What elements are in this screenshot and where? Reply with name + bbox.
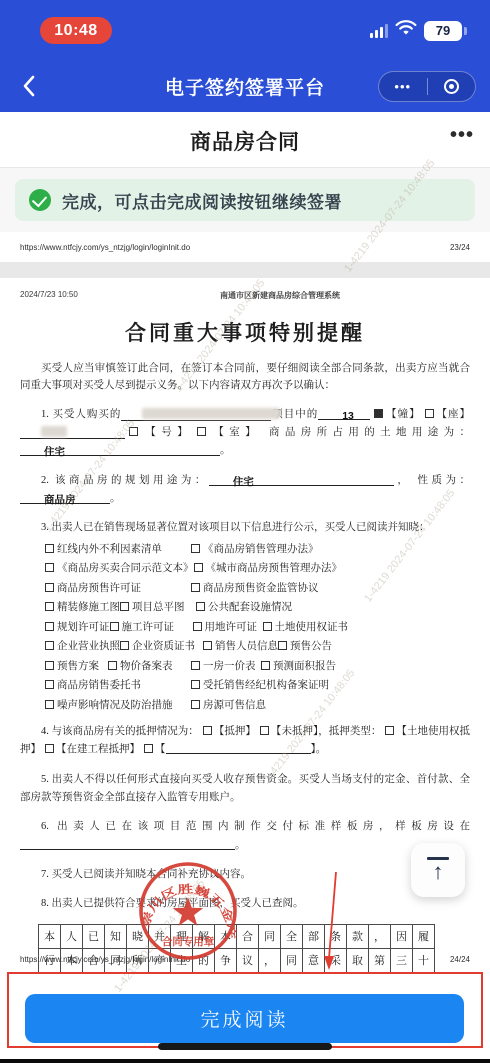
clause4-text: ，抵押类型： xyxy=(318,726,381,737)
clause1-text: 商品房所占用的土地用途为： xyxy=(269,427,470,438)
disclosure-label: 《商品房买卖合同示范文本》 xyxy=(57,560,194,575)
ellipsis-menu-icon[interactable]: ••• xyxy=(450,124,474,147)
blank-project-name xyxy=(121,408,271,421)
contract-heading: 合同重大事项特别提醒 xyxy=(20,317,470,347)
nature-value: 商品房 xyxy=(41,494,79,506)
disclosure-item: 预售方案 xyxy=(45,658,108,673)
status-icons: 79 xyxy=(370,20,462,41)
disclosure-label: 预测面积报告 xyxy=(273,658,336,673)
option-dong: 【幢】 xyxy=(385,409,420,420)
clause-4: 4. 与该商品房有关的抵押情况为：【抵押】【未抵押】，抵押类型：【土地使用权抵押… xyxy=(20,723,470,760)
clause2-text: 。 xyxy=(110,493,121,504)
nav-bar: 电子签约签署平台 ••• xyxy=(0,60,490,112)
disclosure-item: 公共配套设施情况 xyxy=(196,599,292,614)
clause3-title: 3. 出卖人已在销售现场显著位置对该项目以下信息进行公示，买受人已阅读并知晓： xyxy=(41,522,430,533)
checkbox-icon xyxy=(129,427,138,436)
disclosure-item: 项目总平图 xyxy=(120,599,196,614)
status-bar: 10:48 79 xyxy=(0,0,490,60)
checkbox-row: 企业营业执照企业资质证书销售人员信息预售公告 xyxy=(45,638,470,653)
building-number: 13 xyxy=(339,410,357,422)
clause2-text: ， 性质为： xyxy=(394,475,470,486)
checkbox-icon xyxy=(191,544,200,553)
clause-8: 8. 出卖人已提供符合要求的房屋平面图，买受人已查阅。 xyxy=(20,895,470,913)
blank-nature: 商品房 xyxy=(20,491,110,504)
success-toast: 完成，可点击完成阅读按钮继续签署 xyxy=(15,179,475,221)
system-name: 南通市区新建商品房综合管理系统 xyxy=(150,290,410,301)
disclosure-label: 公共配套设施情况 xyxy=(208,599,292,614)
status-time-pill: 10:48 xyxy=(40,17,112,44)
stamp-ring-text: 崇川区胜巍五金产品经营部 xyxy=(133,856,238,939)
disclosure-item: 土地使用权证书 xyxy=(263,619,349,634)
option-construction-mortgage: 【在建工程抵押】 xyxy=(56,744,140,755)
disclosure-item: 企业资质证书 xyxy=(120,638,203,653)
disclosure-label: 房源可售信息 xyxy=(203,697,266,712)
disclosure-item: 房源可售信息 xyxy=(191,697,266,712)
disclosure-label: 土地使用权证书 xyxy=(275,619,349,634)
disclosure-label: 项目总平图 xyxy=(132,599,185,614)
stamp-label: 合同专用章 xyxy=(162,935,215,948)
clause-3: 3. 出卖人已在销售现场显著位置对该项目以下信息进行公示，买受人已阅读并知晓： xyxy=(20,519,470,537)
table-cell: 履 xyxy=(413,924,435,948)
clause-7: 7. 买受人已阅读并知晓本合同补充协议内容。 xyxy=(20,866,470,884)
check-circle-icon xyxy=(29,189,51,211)
disclosure-label: 企业营业执照 xyxy=(57,638,120,653)
clause1-text: 1. 买受人购买的 xyxy=(41,409,121,420)
close-circle-icon[interactable] xyxy=(428,79,476,94)
page23-footer: https://www.ntfcjy.com/ys_ntzjg/login/lo… xyxy=(0,232,490,262)
disclosure-item: 预测面积报告 xyxy=(261,658,336,673)
checkbox-icon xyxy=(45,583,54,592)
checkbox-icon xyxy=(120,602,129,611)
checkbox-row: 噪声影响情况及防治措施房源可售信息 xyxy=(45,697,470,712)
status-time: 10:48 xyxy=(54,22,97,40)
table-cell: 全 xyxy=(281,924,303,948)
checkbox-icon xyxy=(194,563,203,572)
miniprogram-capsule: ••• xyxy=(378,71,476,102)
blank-land-use: 住宅 xyxy=(20,443,220,456)
scroll-to-top-button[interactable]: ↑ xyxy=(411,843,465,897)
disclosure-label: 预售方案 xyxy=(57,658,99,673)
page-separator xyxy=(0,262,490,278)
disclosure-item: 商品房预售许可证 xyxy=(45,580,191,595)
disclosure-label: 受托销售经纪机构备案证明 xyxy=(203,677,329,692)
checkbox-icon xyxy=(196,602,205,611)
finish-reading-button[interactable]: 完成阅读 xyxy=(25,994,464,1043)
clause4-text: 。 xyxy=(316,744,327,755)
page23-number: 23/24 xyxy=(450,243,470,252)
blank-showroom xyxy=(20,837,235,850)
stamp-star-icon xyxy=(173,897,203,926)
disclosure-item: 红线内外不利因素清单 xyxy=(45,541,191,556)
intro-paragraph: 买受人应当审慎签订此合同，在签订本合同前，要仔细阅读全部合同条款，出卖方应当就合… xyxy=(20,361,470,395)
disclosure-label: 用地许可证 xyxy=(205,619,258,634)
disclosure-item: 《商品房买卖合同示范文本》 xyxy=(45,560,194,575)
checkbox-icon xyxy=(45,641,54,650)
planned-use-value: 住宅 xyxy=(230,476,257,488)
clause1-text: 。 xyxy=(220,445,231,456)
disclosure-label: 《商品房销售管理办法》 xyxy=(203,541,319,556)
disclosure-label: 规划许可证 xyxy=(57,619,110,634)
table-cell: 人 xyxy=(61,924,83,948)
checkbox-icon xyxy=(45,661,54,670)
disclosure-label: 销售人员信息 xyxy=(215,638,278,653)
disclosure-item: 商品房预售资金监管协议 xyxy=(191,580,319,595)
checkbox-row: 规划许可证施工许可证用地许可证土地使用权证书 xyxy=(45,619,470,634)
checkbox-icon xyxy=(425,409,434,418)
disclosure-label: 精装修施工图 xyxy=(57,599,120,614)
clause-1: 1. 买受人购买的项目中的13【幢】【座】 【号】【室】 商品房所占用的土地用途… xyxy=(20,406,470,461)
disclosure-item: 商品房销售委托书 xyxy=(45,677,191,692)
disclosure-label: 物价备案表 xyxy=(120,658,173,673)
checkbox-icon xyxy=(203,726,212,735)
checkbox-icon xyxy=(45,544,54,553)
disclosure-item: 物价备案表 xyxy=(108,658,191,673)
disclosure-item: 《城市商品房预售管理办法》 xyxy=(194,560,343,575)
table-cell: 同 xyxy=(259,924,281,948)
contract-name: 商品房合同 xyxy=(0,126,490,156)
checkbox-icon xyxy=(203,641,212,650)
table-cell: 因 xyxy=(391,924,413,948)
disclosure-label: 企业资质证书 xyxy=(132,638,195,653)
disclosure-label: 《城市商品房预售管理办法》 xyxy=(206,560,343,575)
disclosure-label: 红线内外不利因素清单 xyxy=(57,541,162,556)
home-indicator[interactable] xyxy=(158,1043,332,1050)
checkbox-row: 红线内外不利因素清单《商品房销售管理办法》 xyxy=(45,541,470,556)
disclosure-item: 一房一价表 xyxy=(191,658,261,673)
option-zuo: 【座】 xyxy=(436,409,470,420)
disclosure-item: 受托销售经纪机构备案证明 xyxy=(191,677,329,692)
screen-bottom-edge xyxy=(0,1059,490,1063)
disclosure-item: 精装修施工图 xyxy=(45,599,120,614)
clause4-bracket: 【 xyxy=(155,744,166,755)
option-not-mortgaged: 【未抵押】 xyxy=(271,726,318,737)
page24-number: 24/24 xyxy=(450,955,470,964)
option-mortgaged: 【抵押】 xyxy=(214,726,256,737)
checkbox-icon xyxy=(45,602,54,611)
checkbox-icon xyxy=(144,744,153,753)
disclosure-label: 商品房销售委托书 xyxy=(57,677,141,692)
checkbox-icon xyxy=(191,583,200,592)
table-cell: 已 xyxy=(83,924,105,948)
checkbox-row: 商品房销售委托书受托销售经纪机构备案证明 xyxy=(45,677,470,692)
wifi-icon xyxy=(395,20,417,41)
disclosure-item: 规划许可证 xyxy=(45,619,110,634)
checkbox-icon xyxy=(278,641,287,650)
disclosure-item: 预售公告 xyxy=(278,638,332,653)
disclosure-label: 商品房预售许可证 xyxy=(57,580,141,595)
checkbox-icon xyxy=(45,744,54,753)
table-cell: 部 xyxy=(303,924,325,948)
table-cell: 知 xyxy=(105,924,127,948)
disclosure-item: 销售人员信息 xyxy=(203,638,278,653)
checkbox-checked-icon xyxy=(374,409,383,418)
checkbox-icon xyxy=(191,680,200,689)
checkbox-icon xyxy=(45,680,54,689)
checkbox-icon xyxy=(45,563,54,572)
disclosure-item: 企业营业执照 xyxy=(45,638,120,653)
checkbox-row: 《商品房买卖合同示范文本》《城市商品房预售管理办法》 xyxy=(45,560,470,575)
checkbox-row: 商品房预售许可证商品房预售资金监管协议 xyxy=(45,580,470,595)
blank-building-no: 13 xyxy=(318,407,370,420)
company-stamp: 崇川区胜巍五金产品经营部 合同专用章 xyxy=(133,856,243,966)
banner-zone: 完成，可点击完成阅读按钮继续签署 xyxy=(0,168,490,232)
blank-planned-use: 住宅 xyxy=(209,473,394,486)
checkbox-row: 精装修施工图项目总平图公共配套设施情况 xyxy=(45,599,470,614)
checkbox-icon xyxy=(191,661,200,670)
print-date: 2024/7/23 10:50 xyxy=(20,290,150,301)
success-message: 完成，可点击完成阅读按钮继续签署 xyxy=(62,188,342,213)
disclosure-label: 预售公告 xyxy=(290,638,332,653)
item3-rows: 红线内外不利因素清单《商品房销售管理办法》《商品房买卖合同示范文本》《城市商品房… xyxy=(45,541,470,712)
clause-2: 2. 该商品房的规划用途为：住宅， 性质为：商品房。 xyxy=(20,472,470,509)
clause2-text: 2. 该商品房的规划用途为： xyxy=(41,475,209,486)
blank-other-mortgage xyxy=(166,741,311,754)
clause-6: 6. 出卖人已在该项目范围内制作交付标准样板房，样板房设在 。 xyxy=(20,818,470,855)
disclosure-label: 一房一价表 xyxy=(203,658,256,673)
land-use-value: 住宅 xyxy=(41,446,68,458)
blank-unit xyxy=(20,426,125,439)
signal-icon xyxy=(370,24,388,38)
clause-5: 5. 出卖人不得以任何形式直接向买受人收存预售资金。买受人当场支付的定金、首付款… xyxy=(20,771,470,808)
checkbox-icon xyxy=(110,622,119,631)
checkbox-icon xyxy=(108,661,117,670)
page23-url: https://www.ntfcjy.com/ys_ntzjg/login/lo… xyxy=(20,243,190,252)
disclosure-item: 《商品房销售管理办法》 xyxy=(191,541,319,556)
disclosure-item: 噪声影响情况及防治措施 xyxy=(45,697,191,712)
redacted-patch xyxy=(41,426,67,437)
battery-level: 79 xyxy=(436,23,450,38)
disclosure-label: 商品房预售资金监管协议 xyxy=(203,580,319,595)
phone-screen: 10:48 79 电子签约签署平台 ••• xyxy=(0,0,490,1063)
checkbox-icon xyxy=(120,641,129,650)
table-cell: 本 xyxy=(39,924,61,948)
page24-footer: https://www.ntfcjy.com/ys_ntzjg/login/lo… xyxy=(20,955,470,964)
checkbox-icon xyxy=(263,622,272,631)
disclosure-item: 用地许可证 xyxy=(193,619,263,634)
disclosure-label: 施工许可证 xyxy=(122,619,175,634)
option-shi: 【室】 xyxy=(208,427,261,438)
disclosure-item: 施工许可证 xyxy=(110,619,193,634)
checkbox-icon xyxy=(193,622,202,631)
print-header: 2024/7/23 10:50 南通市区新建商品房综合管理系统 xyxy=(20,278,470,301)
checkbox-icon xyxy=(385,726,394,735)
checkbox-icon xyxy=(191,700,200,709)
disclosure-label: 噪声影响情况及防治措施 xyxy=(57,697,173,712)
checkbox-row: 预售方案物价备案表一房一价表预测面积报告 xyxy=(45,658,470,673)
svg-text:崇川区胜巍五金产品经营部: 崇川区胜巍五金产品经营部 xyxy=(133,856,238,939)
clause4-text: 4. 与该商品房有关的抵押情况为： xyxy=(41,726,199,737)
checkbox-icon xyxy=(45,700,54,709)
table-cell: ， xyxy=(369,924,391,948)
arrow-up-icon: ↑ xyxy=(433,861,444,883)
checkbox-icon xyxy=(45,622,54,631)
document-title-bar: 商品房合同 ••• xyxy=(0,112,490,168)
checkbox-icon xyxy=(260,726,269,735)
checkbox-icon xyxy=(197,427,206,436)
clause6-text: 6. 出卖人已在该项目范围内制作交付标准样板房，样板房设在 xyxy=(41,821,470,832)
more-menu-icon[interactable]: ••• xyxy=(379,71,427,102)
option-hao: 【号】 xyxy=(140,427,193,438)
clause6-text: 。 xyxy=(235,840,246,851)
redacted-patch xyxy=(142,408,280,419)
table-cell: 款 xyxy=(347,924,369,948)
checkbox-icon xyxy=(261,661,270,670)
table-cell: 条 xyxy=(325,924,347,948)
battery-icon: 79 xyxy=(424,21,462,41)
